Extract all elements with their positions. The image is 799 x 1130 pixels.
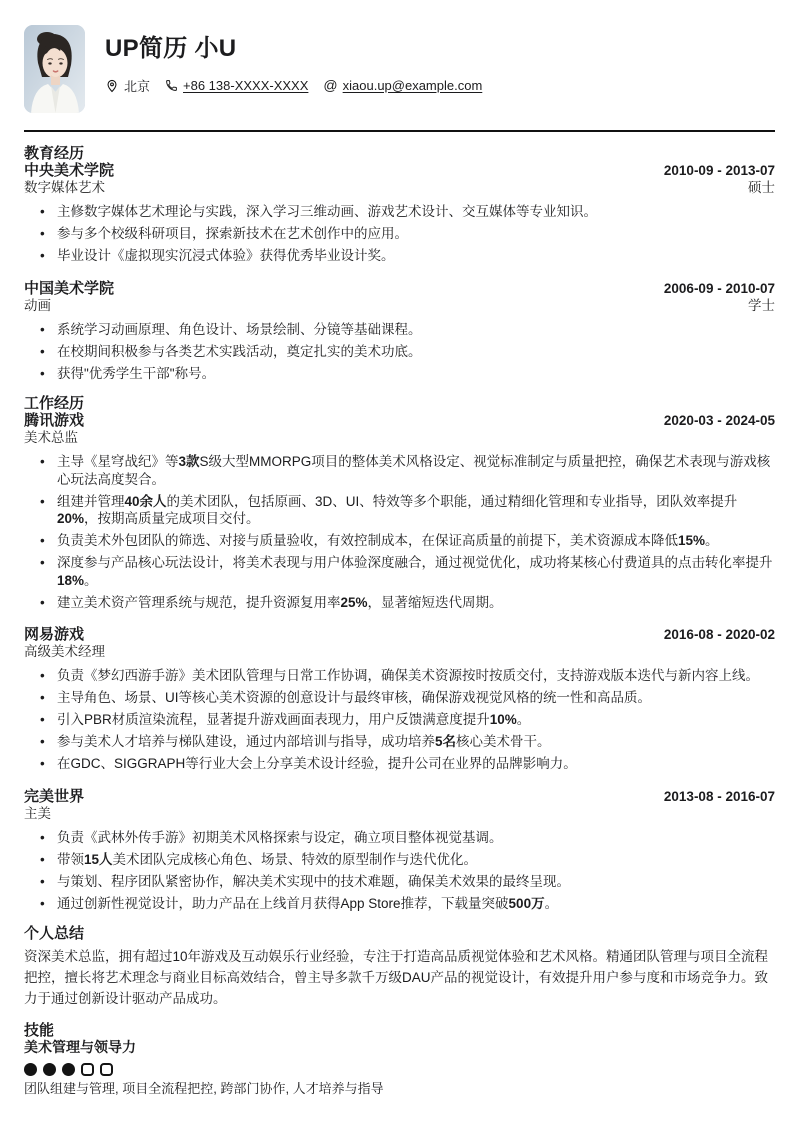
- date-range: 2013-08 - 2016-07: [664, 788, 775, 805]
- bullet-list: 负责《武林外传手游》初期美术风格探索与设定，确立项目整体视觉基调。带领15人美术…: [24, 829, 775, 913]
- bullet-item: 主修数字媒体艺术理论与实践，深入学习三维动画、游戏艺术设计、交互媒体等专业知识。: [24, 203, 775, 221]
- education-entry: 中国美术学院2006-09 - 2010-07动画学士系统学习动画原理、角色设计…: [24, 280, 775, 383]
- highlighted-metric: 20%: [57, 511, 84, 526]
- bullet-item: 负责《梦幻西游手游》美术团队管理与日常工作协调，确保美术资源按时按质交付，支持游…: [24, 667, 775, 685]
- date-range: 2010-09 - 2013-07: [664, 162, 775, 179]
- entry-subheader: 高级美术经理: [24, 643, 775, 660]
- skill-level-dot-filled: [24, 1063, 37, 1076]
- entry-subheader: 动画学士: [24, 297, 775, 314]
- phone-link[interactable]: +86 138-XXXX-XXXX: [183, 78, 308, 93]
- bullet-list: 主导《星穹战纪》等3款S级大型MMORPG项目的整体美术风格设定、视觉标准制定与…: [24, 453, 775, 611]
- bullet-item: 参与多个校级科研项目，探索新技术在艺术创作中的应用。: [24, 225, 775, 243]
- bullet-item: 系统学习动画原理、角色设计、场景绘制、分镜等基础课程。: [24, 321, 775, 339]
- work-entries: 腾讯游戏2020-03 - 2024-05美术总监主导《星穹战纪》等3款S级大型…: [24, 412, 775, 912]
- bullet-item: 与策划、程序团队紧密协作，解决美术实现中的技术难题，确保美术效果的最终呈现。: [24, 873, 775, 891]
- degree: 硕士: [748, 179, 775, 196]
- highlighted-metric: 10%: [490, 712, 517, 727]
- skill-name: 美术管理与领导力: [24, 1039, 775, 1056]
- summary-text: 资深美术总监，拥有超过10年游戏及互动娱乐行业经验，专注于打造高品质视觉体验和艺…: [24, 946, 775, 1009]
- job-title: 主美: [24, 805, 51, 822]
- date-range: 2020-03 - 2024-05: [664, 412, 775, 429]
- major: 动画: [24, 297, 51, 314]
- profile-photo: [24, 25, 85, 113]
- work-org-name: 完美世界: [24, 788, 84, 805]
- bullet-item: 通过创新性视觉设计，助力产品在上线首月获得App Store推荐，下载量突破50…: [24, 895, 775, 913]
- entry-header: 网易游戏2016-08 - 2020-02: [24, 626, 775, 643]
- degree: 学士: [748, 297, 775, 314]
- education-entry: 中央美术学院2010-09 - 2013-07数字媒体艺术硕士主修数字媒体艺术理…: [24, 162, 775, 265]
- highlighted-metric: 40余人: [125, 494, 167, 509]
- work-entry: 网易游戏2016-08 - 2020-02高级美术经理负责《梦幻西游手游》美术团…: [24, 626, 775, 773]
- highlighted-metric: 500万: [509, 896, 545, 911]
- avatar-illustration: [24, 25, 85, 113]
- entry-header: 完美世界2013-08 - 2016-07: [24, 788, 775, 805]
- candidate-name: UP简历 小U: [105, 35, 482, 63]
- header-info: UP简历 小U 北京 +86 138-XXXX-XXXX @ xiaou.u: [105, 25, 482, 95]
- education-entries: 中央美术学院2010-09 - 2013-07数字媒体艺术硕士主修数字媒体艺术理…: [24, 162, 775, 382]
- email-item[interactable]: @ xiaou.up@example.com: [323, 78, 482, 93]
- phone-item[interactable]: +86 138-XXXX-XXXX: [165, 78, 308, 93]
- bullet-item: 在GDC、SIGGRAPH等行业大会上分享美术设计经验，提升公司在业界的品牌影响…: [24, 755, 775, 773]
- bullet-item: 建立美术资产管理系统与规范，提升资源复用率25%，显著缩短迭代周期。: [24, 594, 775, 612]
- work-entry: 腾讯游戏2020-03 - 2024-05美术总监主导《星穹战纪》等3款S级大型…: [24, 412, 775, 611]
- at-sign-icon: @: [323, 79, 337, 92]
- highlighted-metric: 25%: [341, 595, 368, 610]
- location-text: 北京: [124, 76, 150, 95]
- work-entry: 完美世界2013-08 - 2016-07主美负责《武林外传手游》初期美术风格探…: [24, 788, 775, 913]
- highlighted-metric: 5名: [435, 734, 456, 749]
- section-title-summary: 个人总结: [24, 925, 775, 942]
- section-skills: 技能 美术管理与领导力团队组建与管理, 项目全流程把控, 跨部门协作, 人才培养…: [24, 1022, 775, 1097]
- highlighted-metric: 3款: [179, 454, 200, 469]
- entry-subheader: 数字媒体艺术硕士: [24, 179, 775, 196]
- bullet-item: 组建并管理40余人的美术团队，包括原画、3D、UI、特效等多个职能，通过精细化管…: [24, 493, 775, 528]
- section-summary: 个人总结 资深美术总监，拥有超过10年游戏及互动娱乐行业经验，专注于打造高品质视…: [24, 925, 775, 1009]
- bullet-item: 参与美术人才培养与梯队建设，通过内部培训与指导，成功培养5名核心美术骨干。: [24, 733, 775, 751]
- location-pin-icon: [105, 79, 119, 93]
- skill-level-indicator: [24, 1063, 775, 1076]
- header-divider: [24, 130, 775, 132]
- entry-header: 中央美术学院2010-09 - 2013-07: [24, 162, 775, 179]
- bullet-item: 深度参与产品核心玩法设计，将美术表现与用户体验深度融合，通过视觉优化，成功将某核…: [24, 554, 775, 589]
- bullet-item: 主导角色、场景、UI等核心美术资源的创意设计与最终审核，确保游戏视觉风格的统一性…: [24, 689, 775, 707]
- job-title: 美术总监: [24, 429, 78, 446]
- bullet-item: 在校期间积极参与各类艺术实践活动，奠定扎实的美术功底。: [24, 343, 775, 361]
- bullet-list: 负责《梦幻西游手游》美术团队管理与日常工作协调，确保美术资源按时按质交付，支持游…: [24, 667, 775, 773]
- work-org-name: 腾讯游戏: [24, 412, 84, 429]
- skill-keywords: 团队组建与管理, 项目全流程把控, 跨部门协作, 人才培养与指导: [24, 1081, 775, 1097]
- section-work: 工作经历 腾讯游戏2020-03 - 2024-05美术总监主导《星穹战纪》等3…: [24, 395, 775, 912]
- phone-icon: [165, 79, 178, 92]
- skills-list: 美术管理与领导力团队组建与管理, 项目全流程把控, 跨部门协作, 人才培养与指导: [24, 1039, 775, 1097]
- bullet-item: 获得"优秀学生干部"称号。: [24, 365, 775, 383]
- skill-item: 美术管理与领导力团队组建与管理, 项目全流程把控, 跨部门协作, 人才培养与指导: [24, 1039, 775, 1097]
- section-title-education: 教育经历: [24, 145, 775, 162]
- section-title-skills: 技能: [24, 1022, 775, 1039]
- skill-level-dot-filled: [43, 1063, 56, 1076]
- major: 数字媒体艺术: [24, 179, 105, 196]
- entry-subheader: 美术总监: [24, 429, 775, 446]
- bullet-item: 负责《武林外传手游》初期美术风格探索与设定，确立项目整体视觉基调。: [24, 829, 775, 847]
- education-org-name: 中国美术学院: [24, 280, 114, 297]
- section-education: 教育经历 中央美术学院2010-09 - 2013-07数字媒体艺术硕士主修数字…: [24, 145, 775, 382]
- work-org-name: 网易游戏: [24, 626, 84, 643]
- resume-header: UP简历 小U 北京 +86 138-XXXX-XXXX @ xiaou.u: [24, 25, 775, 113]
- highlighted-metric: 18%: [57, 573, 84, 588]
- job-title: 高级美术经理: [24, 643, 105, 660]
- bullet-list: 主修数字媒体艺术理论与实践，深入学习三维动画、游戏艺术设计、交互媒体等专业知识。…: [24, 203, 775, 265]
- email-link[interactable]: xiaou.up@example.com: [343, 78, 483, 93]
- bullet-list: 系统学习动画原理、角色设计、场景绘制、分镜等基础课程。在校期间积极参与各类艺术实…: [24, 321, 775, 383]
- section-title-work: 工作经历: [24, 395, 775, 412]
- bullet-item: 毕业设计《虚拟现实沉浸式体验》获得优秀毕业设计奖。: [24, 247, 775, 265]
- location-item: 北京: [105, 76, 150, 95]
- date-range: 2006-09 - 2010-07: [664, 280, 775, 297]
- bullet-item: 负责美术外包团队的筛选、对接与质量验收，有效控制成本，在保证高质量的前提下，美术…: [24, 532, 775, 550]
- contact-row: 北京 +86 138-XXXX-XXXX @ xiaou.up@example.…: [105, 76, 482, 95]
- skill-level-dot-filled: [62, 1063, 75, 1076]
- entry-header: 腾讯游戏2020-03 - 2024-05: [24, 412, 775, 429]
- entry-subheader: 主美: [24, 805, 775, 822]
- bullet-item: 主导《星穹战纪》等3款S级大型MMORPG项目的整体美术风格设定、视觉标准制定与…: [24, 453, 775, 488]
- skill-level-dot-empty: [100, 1063, 113, 1076]
- resume-page: UP简历 小U 北京 +86 138-XXXX-XXXX @ xiaou.u: [0, 0, 799, 1097]
- highlighted-metric: 15%: [678, 533, 705, 548]
- skill-level-dot-empty: [81, 1063, 94, 1076]
- entry-header: 中国美术学院2006-09 - 2010-07: [24, 280, 775, 297]
- education-org-name: 中央美术学院: [24, 162, 114, 179]
- bullet-item: 带领15人美术团队完成核心角色、场景、特效的原型制作与迭代优化。: [24, 851, 775, 869]
- highlighted-metric: 15人: [84, 852, 113, 867]
- bullet-item: 引入PBR材质渲染流程，显著提升游戏画面表现力，用户反馈满意度提升10%。: [24, 711, 775, 729]
- date-range: 2016-08 - 2020-02: [664, 626, 775, 643]
